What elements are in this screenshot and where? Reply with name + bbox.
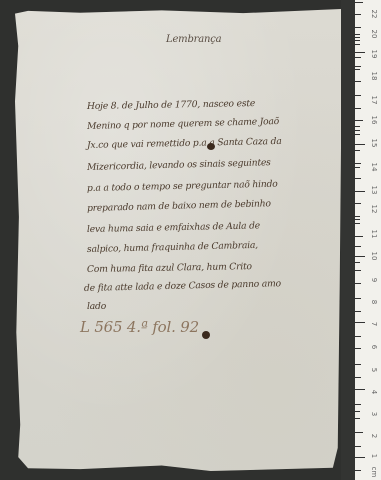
ruler-tick <box>355 216 360 217</box>
ruler-label: 14 <box>370 161 378 173</box>
ruler-tick <box>355 256 365 257</box>
measurement-ruler: 22 20 19 18 17 16 15 14 13 12 11 10 9 8 … <box>355 0 381 480</box>
ruler-tick <box>355 163 361 164</box>
ruler-tick <box>355 81 361 82</box>
ruler-label: 18 <box>370 70 378 82</box>
ruler-tick <box>355 223 360 224</box>
ruler-tick <box>355 404 361 405</box>
ink-blot <box>207 143 215 150</box>
ruler-tick <box>355 348 361 349</box>
ruler-label: 9 <box>370 274 378 286</box>
ruler-tick <box>355 203 361 204</box>
ruler-tick <box>355 364 361 365</box>
ruler-tick <box>355 457 365 458</box>
ruler-tick <box>355 389 365 390</box>
ruler-tick <box>355 377 361 378</box>
ruler-tick <box>355 52 365 53</box>
ruler-tick <box>355 262 360 263</box>
ruler-label: 3 <box>370 408 378 420</box>
ruler-label: 2 <box>370 430 378 442</box>
ruler-tick <box>355 95 361 96</box>
ruler-tick <box>355 14 361 15</box>
ruler-label: 4 <box>370 386 378 398</box>
ruler-tick <box>355 446 361 447</box>
ruler-tick <box>355 44 360 45</box>
ruler-tick <box>355 57 361 58</box>
ruler-tick <box>355 144 365 145</box>
ruler-label: 19 <box>370 48 378 60</box>
ruler-tick <box>355 150 360 151</box>
ruler-tick <box>355 27 361 28</box>
ruler-tick <box>355 108 361 109</box>
ruler-tick <box>355 236 363 237</box>
ruler-label: 15 <box>370 137 378 149</box>
ruler-tick <box>355 283 361 284</box>
ruler-tick <box>355 298 361 299</box>
ruler-label: 22 <box>370 8 378 20</box>
ruler-tick <box>355 69 360 70</box>
ruler-label: 10 <box>370 250 378 262</box>
ruler-tick <box>355 167 360 168</box>
ruler-tick <box>355 178 361 179</box>
ink-blot <box>202 331 210 339</box>
ruler-label: 20 <box>370 28 378 40</box>
ruler-tick <box>355 246 361 247</box>
ruler-label: 13 <box>370 184 378 196</box>
ruler-tick <box>355 126 360 127</box>
ruler-tick <box>355 134 360 135</box>
ruler-label: 1 <box>370 450 378 462</box>
ruler-tick <box>355 2 363 3</box>
ruler-tick <box>355 311 361 312</box>
ruler-label: 5 <box>370 364 378 376</box>
ruler-label: 16 <box>370 114 378 126</box>
document-title: Lembrança <box>166 34 221 45</box>
ruler-tick <box>355 470 361 471</box>
ruler-tick <box>355 130 360 131</box>
ruler-tick <box>355 411 360 412</box>
ruler-label: 17 <box>370 94 378 106</box>
ruler-label: 7 <box>370 318 378 330</box>
ruler-tick <box>355 336 361 337</box>
ruler-tick <box>355 270 361 271</box>
document-scan: Lembrança Hoje 8. de Julho de 1770, nasc… <box>0 0 381 480</box>
ruler-label: 12 <box>370 203 378 215</box>
ruler-tick <box>355 37 360 38</box>
ruler-tick <box>355 219 360 220</box>
ruler-label: 6 <box>370 341 378 353</box>
ruler-tick <box>355 191 365 192</box>
ruler-tick <box>355 418 360 419</box>
ruler-tick <box>355 34 360 35</box>
ruler-tick <box>355 322 365 323</box>
paper-page <box>15 9 341 471</box>
ruler-label: 11 <box>370 228 378 240</box>
ruler-tick <box>355 66 361 67</box>
ruler-tick <box>355 432 363 433</box>
archive-annotation: L 565 4.ª fol. 92 <box>80 318 199 336</box>
ruler-tick <box>355 40 360 41</box>
ruler-label: cm <box>370 466 378 478</box>
ruler-label: 8 <box>370 296 378 308</box>
ruler-tick <box>355 120 363 121</box>
text-line: lado <box>87 301 106 312</box>
scanner-bed-strip <box>341 0 355 480</box>
